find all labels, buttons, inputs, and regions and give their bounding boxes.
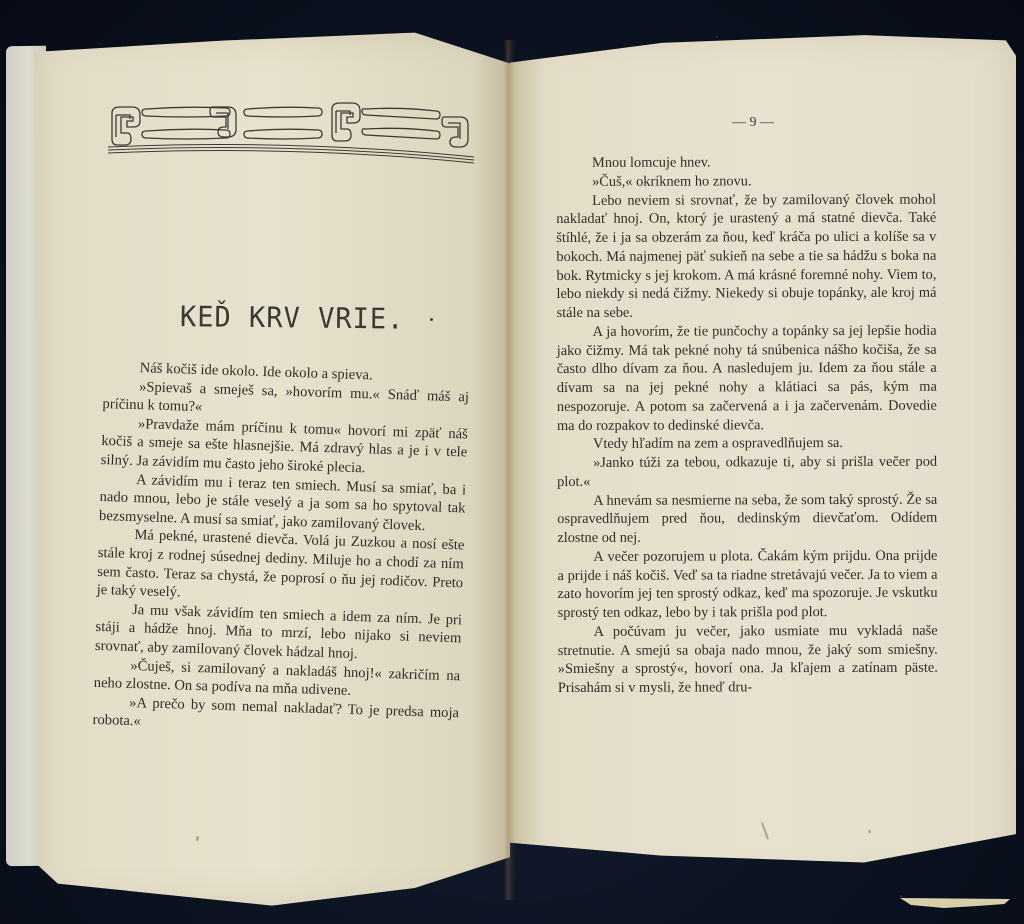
chapter-title: KEĎ KRV VRIE.: [180, 301, 410, 336]
decorative-scroll-border-icon: [106, 95, 476, 165]
ink-dot: [430, 318, 433, 321]
paragraph: A večer pozorujem u plota. Čakám kým pri…: [557, 546, 937, 622]
left-page-body: Náš kočiš ide okolo. Ide okolo a spieva.…: [92, 358, 470, 741]
paragraph: A ja hovorím, že tie punčochy a topánky …: [557, 321, 937, 435]
paper-blemish: [196, 836, 199, 841]
paragraph: Lebo neviem si srovnať, že by zamilovaný…: [556, 190, 936, 323]
page-number: — 9 —: [718, 115, 788, 131]
paragraph: A počúvam ju večer, jako usmiate mu vykl…: [558, 621, 938, 697]
right-page-body: Mnou lomcuje hnev.»Čuš,« okríknem ho zno…: [556, 153, 938, 698]
paragraph: A hnevám sa nesmierne na seba, že som ta…: [557, 490, 937, 548]
paragraph: »Janko túži za tebou, odkazuje ti, aby s…: [557, 453, 937, 492]
paragraph: Má pekné, urastené dievča. Volá ju Zuzko…: [96, 525, 464, 611]
paragraph: Vtedy hľadím na zem a ospravedlňujem sa.: [557, 434, 937, 454]
paragraph: Mnou lomcuje hnev.: [556, 153, 936, 173]
paragraph: »Čuš,« okríknem ho znovu.: [556, 171, 936, 191]
book-gutter: [504, 40, 516, 900]
paper-blemish: [868, 830, 871, 833]
